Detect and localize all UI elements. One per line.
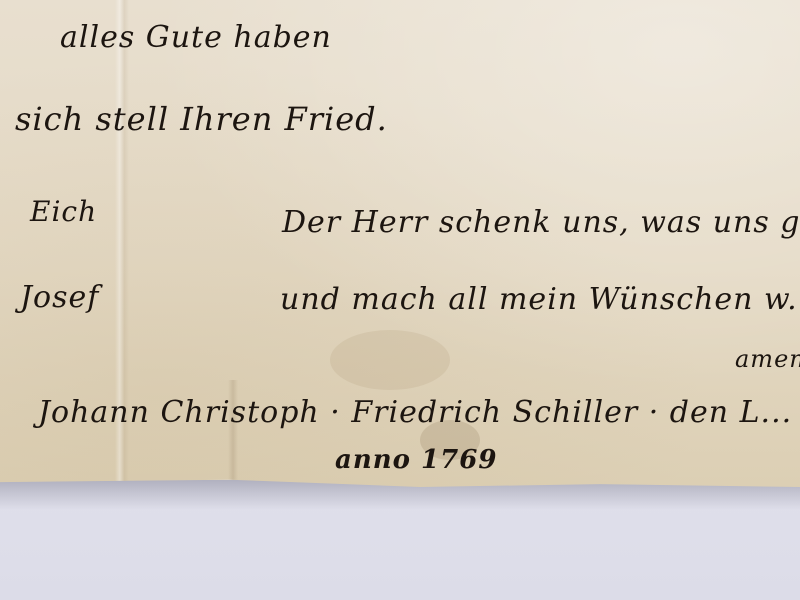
manuscript-line-3-right: Der Herr schenk uns, was uns gut [282,205,800,240]
paper-stain [330,330,450,390]
manuscript-line-4-right: und mach all mein Wünschen w... [280,282,800,317]
manuscript-line-4-left: Josef [20,280,99,315]
manuscript-paper: alles Gute haben sich stell Ihren Fried.… [0,0,800,487]
manuscript-line-2: sich stell Ihren Fried. [15,100,388,138]
signature-line: Johann Christoph · Friedrich Schiller · … [38,395,792,430]
manuscript-line-5-right: amen [735,345,800,373]
date-line: anno 1769 [335,445,497,475]
manuscript-line-3-left: Eich [30,195,97,228]
manuscript-line-1: alles Gute haben [60,20,332,55]
